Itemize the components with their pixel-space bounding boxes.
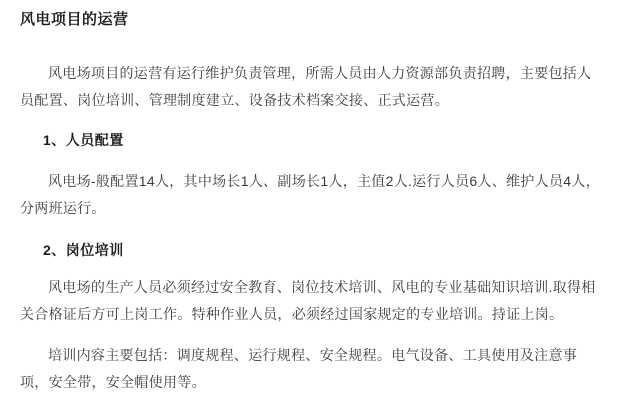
training-content-paragraph: 培训内容主要包括：调度规程、运行规程、安全规程。电气设备、工具使用及注意事 项，…: [20, 342, 602, 396]
paragraph-line: 关合格证后方可上岗工作。特种作业人员，必须经过国家规定的专业培训。持证上岗。: [20, 301, 602, 328]
paragraph-line: 风电场的生产人员必须经过安全教育、岗位技术培训、风电的专业基础知识培训.取得相: [20, 274, 602, 301]
staffing-paragraph: 风电场-般配置14人，其中场长1人、副场长1人，主值2人.运行人员6人、维护人员…: [20, 168, 602, 222]
paragraph-line: 项，安全带，安全帽使用等。: [20, 369, 602, 396]
training-requirements-paragraph: 风电场的生产人员必须经过安全教育、岗位技术培训、风电的专业基础知识培训.取得相 …: [20, 274, 602, 328]
paragraph-line: 风电场项目的运营有运行维护负责管理，所需人员由人力资源部负责招聘，主要包括人: [20, 60, 602, 87]
page-title: 风电项目的运营: [20, 10, 602, 30]
section-heading-training: 2、岗位培训: [43, 240, 602, 260]
intro-paragraph: 风电场项目的运营有运行维护负责管理，所需人员由人力资源部负责招聘，主要包括人 员…: [20, 60, 602, 114]
paragraph-line: 风电场-般配置14人，其中场长1人、副场长1人，主值2人.运行人员6人、维护人员…: [20, 168, 602, 195]
paragraph-line: 员配置、岗位培训、管理制度建立、设备技术档案交接、正式运营。: [20, 87, 602, 114]
paragraph-line: 培训内容主要包括：调度规程、运行规程、安全规程。电气设备、工具使用及注意事: [20, 342, 602, 369]
section-heading-staffing: 1、人员配置: [43, 130, 602, 150]
paragraph-line: 分两班运行。: [20, 195, 602, 222]
document-page: 风电项目的运营 风电场项目的运营有运行维护负责管理，所需人员由人力资源部负责招聘…: [0, 0, 620, 400]
